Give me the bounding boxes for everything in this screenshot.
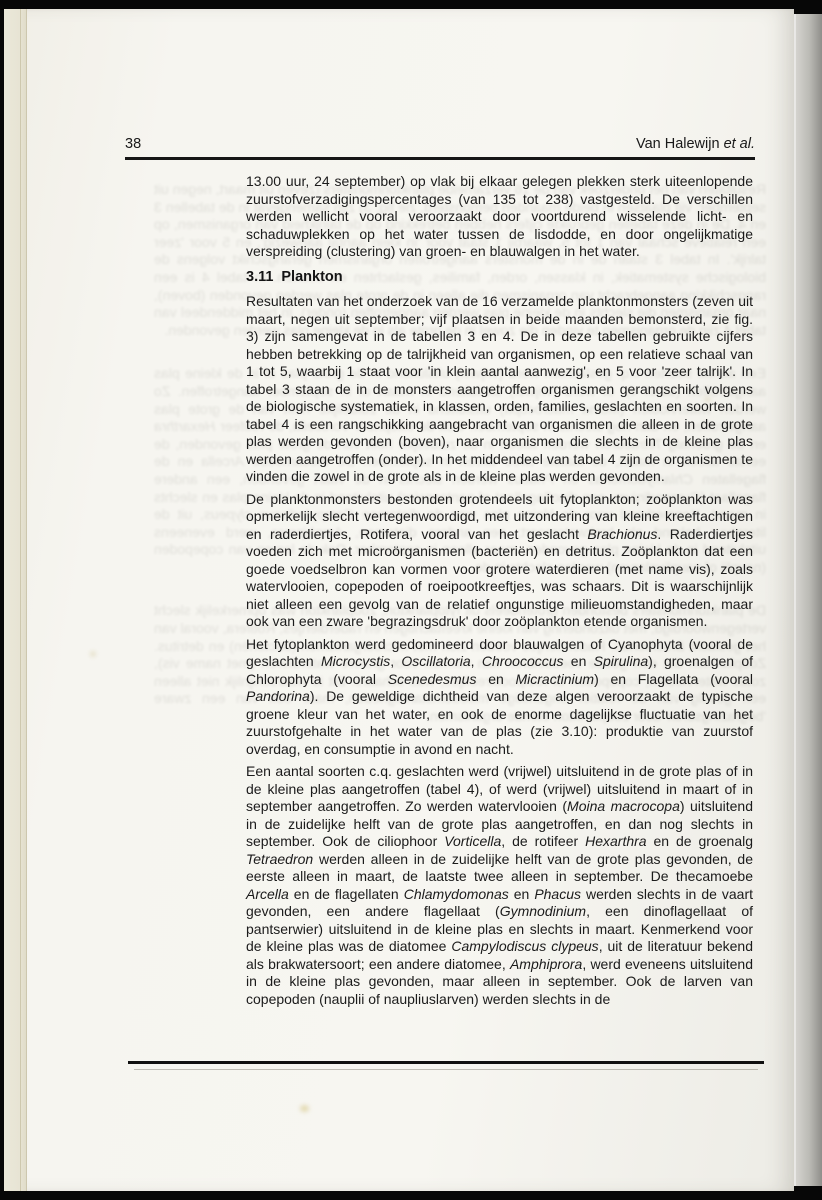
paragraph-oxygen-saturation: 13.00 uur, 24 september) op vlak bij elk…: [246, 173, 753, 261]
running-head-authors: Van Halewijn et al.: [636, 136, 755, 152]
paper-stain: [300, 1105, 309, 1112]
adjacent-page-edge: [794, 14, 822, 1186]
text-column: 13.00 uur, 24 september) op vlak bij elk…: [246, 173, 753, 1013]
book-binding-edge: [4, 9, 27, 1191]
page-number: 38: [125, 136, 141, 152]
footer-rule-echo: [134, 1069, 758, 1070]
paragraph-sample-results: Resultaten van het onderzoek van de 16 v…: [246, 293, 753, 486]
paragraph-phytoplankton: Het fytoplankton werd gedomineerd door b…: [246, 636, 753, 759]
scanned-book-page: Resultaten van het onderzoek van de 16 v…: [0, 0, 822, 1200]
page-header: 38 Van Halewijn et al.: [125, 136, 755, 152]
book-page: Resultaten van het onderzoek van de 16 v…: [4, 9, 794, 1191]
paper-stain: [90, 651, 96, 657]
paragraph-zooplankton: De planktonmonsters bestonden grotendeel…: [246, 491, 753, 631]
paragraph-species-distribution: Een aantal soorten c.q. geslachten werd …: [246, 763, 753, 1008]
section-title: Plankton: [281, 269, 342, 285]
section-heading: 3.11Plankton: [246, 269, 753, 287]
footer-rule: [128, 1061, 764, 1064]
header-rule: [125, 157, 755, 160]
section-number: 3.11: [246, 269, 273, 285]
